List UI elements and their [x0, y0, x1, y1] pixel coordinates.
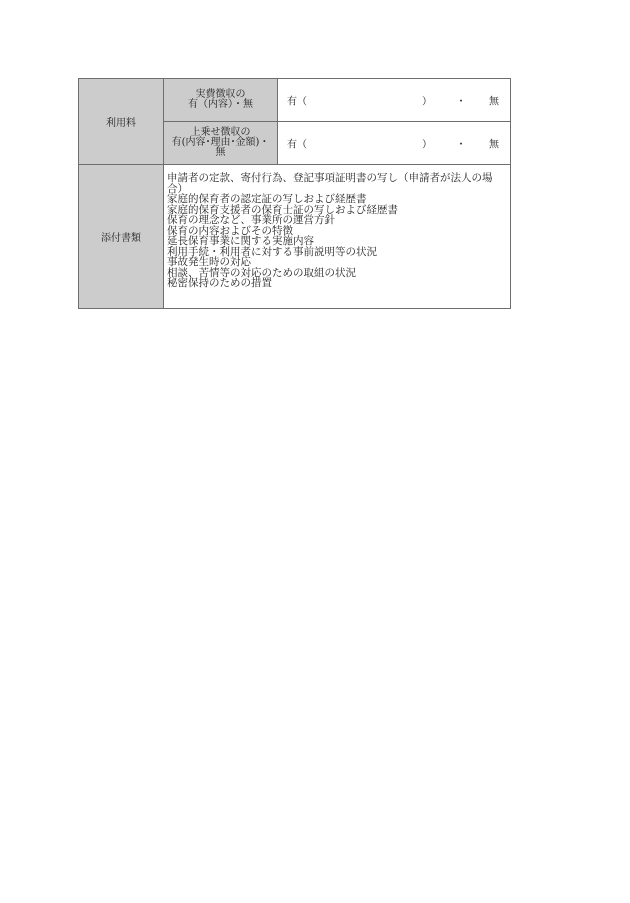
- attachment-item: 秘密保持のための措置: [167, 278, 508, 289]
- application-form-table: 利用料 実費徴収の 有（内容）・無 有（ ） ・ 無 上乗せ徴収の 有(内容･理…: [78, 78, 511, 309]
- question-line: 無: [164, 148, 277, 158]
- close-paren: ）: [422, 136, 432, 151]
- question-line: 有（内容）・無: [164, 100, 277, 110]
- actual-cost-answer[interactable]: 有（ ） ・ 無: [278, 79, 511, 122]
- attachment-item: 家庭的保育者の認定証の写しおよび経歴書: [167, 194, 508, 205]
- attachments-row: 添付書類 申請者の定款、寄付行為、登記事項証明書の写し（申請者が法人の場合） 家…: [79, 165, 511, 309]
- separator-dot: ・: [456, 93, 466, 108]
- fees-label: 利用料: [79, 79, 164, 165]
- attachment-item: 保育の理念など、事業所の運営方針: [167, 215, 508, 226]
- attachment-item: 申請者の定款、寄付行為、登記事項証明書の写し（申請者が法人の場合）: [167, 173, 508, 194]
- no-option[interactable]: 無: [489, 136, 499, 151]
- no-option[interactable]: 無: [489, 93, 499, 108]
- attachment-item: 延長保育事業に関する実施内容: [167, 236, 508, 247]
- attachments-label: 添付書類: [79, 165, 164, 309]
- separator-dot: ・: [456, 136, 466, 151]
- close-paren: ）: [422, 93, 432, 108]
- yes-option[interactable]: 有（: [287, 136, 307, 151]
- yes-option[interactable]: 有（: [287, 93, 307, 108]
- attachments-list: 申請者の定款、寄付行為、登記事項証明書の写し（申請者が法人の場合） 家庭的保育者…: [164, 165, 511, 309]
- surcharge-answer[interactable]: 有（ ） ・ 無: [278, 122, 511, 165]
- fee-row-actual-cost: 利用料 実費徴収の 有（内容）・無 有（ ） ・ 無: [79, 79, 511, 122]
- actual-cost-question: 実費徴収の 有（内容）・無: [164, 79, 278, 122]
- attachment-item: 事故発生時の対応: [167, 257, 508, 268]
- surcharge-question: 上乗せ徴収の 有(内容･理由･金額)・ 無: [164, 122, 278, 165]
